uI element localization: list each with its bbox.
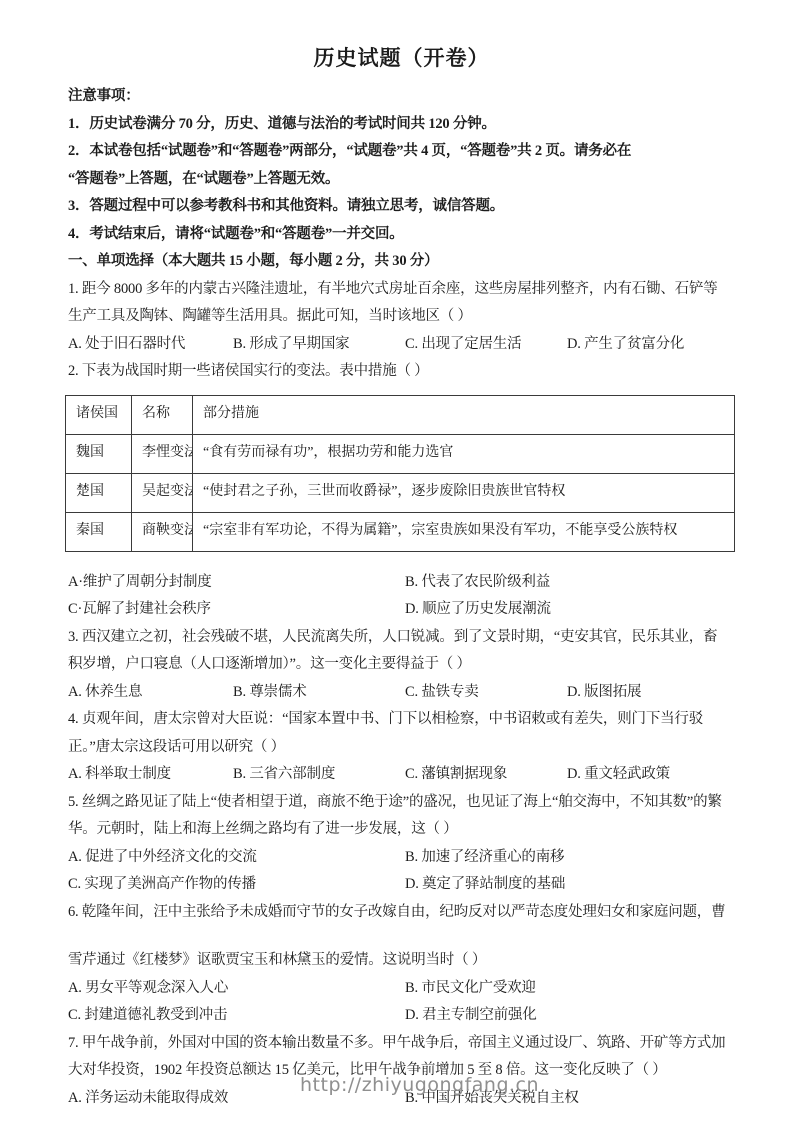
table-row: 楚国 吴起变法 “使封君之子孙，三世而收爵禄”，逐步废除旧贵族世官特权 bbox=[66, 473, 735, 512]
question-5-line-2: 华。元朝时，陆上和海上丝绸之路均有了进一步发展，这（ ） bbox=[68, 816, 735, 844]
option-c: C. 实现了美洲高产作物的传播 bbox=[68, 871, 405, 899]
question-4-line-1: 4. 贞观年间，唐太宗曾对大臣说：“国家本置中书、门下以相检察，中书诏敕或有差失… bbox=[68, 706, 735, 734]
cell-state: 秦国 bbox=[66, 512, 132, 551]
notice-item-2: 2．本试卷包括“试题卷”和“答题卷”两部分，“试题卷”共 4 页，“答题卷”共 … bbox=[68, 138, 735, 166]
notice-item-3: 3．答题过程中可以参考教科书和其他资料。请独立思考，诚信答题。 bbox=[68, 193, 735, 221]
option-d: D. 重文轻武政策 bbox=[567, 761, 670, 789]
question-6-line-1: 6. 乾隆年间，汪中主张给予未成婚而守节的女子改嫁自由，纪昀反对以严苛态度处理妇… bbox=[68, 899, 735, 927]
option-b: B. 市民文化广受欢迎 bbox=[405, 980, 536, 996]
option-c: C. 封建道德礼教受到冲击 bbox=[68, 1002, 405, 1030]
cell-name: 李悝变法 bbox=[132, 434, 193, 473]
reforms-table: 诸侯国 名称 部分措施 魏国 李悝变法 “食有劳而禄有功”，根据功劳和能力选官 … bbox=[65, 395, 735, 552]
option-c: C. 出现了定居生活 bbox=[405, 331, 567, 359]
question-1-line-1: 1. 距今 8000 多年的内蒙古兴隆洼遗址，有半地穴式房址百余座，这些房屋排列… bbox=[68, 276, 735, 304]
cell-measures: “使封君之子孙，三世而收爵禄”，逐步废除旧贵族世官特权 bbox=[193, 473, 735, 512]
exam-content: 历史试题（开卷） 注意事项： 1．历史试卷满分 70 分，历史、道德与法治的考试… bbox=[68, 44, 735, 1112]
option-d: D. 版图拓展 bbox=[567, 679, 641, 707]
notice-item-4: 4．考试结束后，请将“试题卷”和“答题卷”一并交回。 bbox=[68, 221, 735, 249]
cell-measures: “宗室非有军功论，不得为属籍”，宗室贵族如果没有军功，不能享受公族特权 bbox=[193, 512, 735, 551]
header-name: 名称 bbox=[132, 395, 193, 434]
cell-name: 吴起变法 bbox=[132, 473, 193, 512]
option-d: D. 产生了贫富分化 bbox=[567, 331, 684, 359]
question-6-options-ab: A. 男女平等观念深入人心B. 市民文化广受欢迎 bbox=[68, 975, 735, 1003]
notice-heading: 注意事项： bbox=[68, 83, 735, 111]
option-b: B. 形成了早期国家 bbox=[233, 331, 405, 359]
option-c: C. 藩镇割据现象 bbox=[405, 761, 567, 789]
option-c: C·瓦解了封建社会秩序 bbox=[68, 596, 405, 624]
option-a: A. 男女平等观念深入人心 bbox=[68, 975, 405, 1003]
table-header-row: 诸侯国 名称 部分措施 bbox=[66, 395, 735, 434]
option-a: A. 休养生息 bbox=[68, 679, 233, 707]
question-6-line-2: 雪芹通过《红楼梦》讴歌贾宝玉和林黛玉的爱情。这说明当时（ ） bbox=[68, 947, 735, 975]
header-state: 诸侯国 bbox=[66, 395, 132, 434]
notice-item-1: 1．历史试卷满分 70 分，历史、道德与法治的考试时间共 120 分钟。 bbox=[68, 111, 735, 139]
option-b: B. 三省六部制度 bbox=[233, 761, 405, 789]
option-d: D. 顺应了历史发展潮流 bbox=[405, 601, 551, 617]
question-7-line-1: 7. 甲午战争前，外国对中国的资本输出数量不多。甲午战争后，帝国主义通过设厂、筑… bbox=[68, 1030, 735, 1058]
question-3-line-2: 积岁增，户口寝息（人口逐渐增加）”。这一变化主要得益于（ ） bbox=[68, 651, 735, 679]
question-2-options-cd: C·瓦解了封建社会秩序D. 顺应了历史发展潮流 bbox=[68, 596, 735, 624]
question-6-options-cd: C. 封建道德礼教受到冲击D. 君主专制空前强化 bbox=[68, 1002, 735, 1030]
cell-name: 商鞅变法 bbox=[132, 512, 193, 551]
cell-state: 魏国 bbox=[66, 434, 132, 473]
exam-paper-page: 历史试题（开卷） 注意事项： 1．历史试卷满分 70 分，历史、道德与法治的考试… bbox=[0, 0, 795, 1125]
question-3-options: A. 休养生息B. 尊崇儒术C. 盐铁专卖D. 版图拓展 bbox=[68, 679, 735, 707]
option-b: B. 尊崇儒术 bbox=[233, 679, 405, 707]
watermark-url: http://zhiyugongfang.cn bbox=[300, 1074, 539, 1096]
notice-item-2-cont: “答题卷”上答题，在“试题卷”上答题无效。 bbox=[68, 166, 735, 194]
option-a: A·维护了周朝分封制度 bbox=[68, 569, 405, 597]
option-b: B. 代表了农民阶级利益 bbox=[405, 574, 550, 590]
cell-state: 楚国 bbox=[66, 473, 132, 512]
question-3-line-1: 3. 西汉建立之初，社会残破不堪，人民流离失所，人口锐减。到了文景时期，“吏安其… bbox=[68, 624, 735, 652]
option-a: A. 促进了中外经济文化的交流 bbox=[68, 844, 405, 872]
option-b: B. 加速了经济重心的南移 bbox=[405, 849, 564, 865]
question-5-options-ab: A. 促进了中外经济文化的交流B. 加速了经济重心的南移 bbox=[68, 844, 735, 872]
table-row: 魏国 李悝变法 “食有劳而禄有功”，根据功劳和能力选官 bbox=[66, 434, 735, 473]
header-measures: 部分措施 bbox=[193, 395, 735, 434]
question-2-options-ab: A·维护了周朝分封制度B. 代表了农民阶级利益 bbox=[68, 569, 735, 597]
option-a: A. 处于旧石器时代 bbox=[68, 331, 233, 359]
question-5-options-cd: C. 实现了美洲高产作物的传播D. 奠定了驿站制度的基础 bbox=[68, 871, 735, 899]
question-1-line-2: 生产工具及陶钵、陶罐等生活用具。据此可知，当时该地区（ ） bbox=[68, 303, 735, 331]
option-a: A. 科举取士制度 bbox=[68, 761, 233, 789]
question-2-line-1: 2. 下表为战国时期一些诸侯国实行的变法。表中措施（ ） bbox=[68, 358, 735, 386]
question-4-options: A. 科举取士制度B. 三省六部制度C. 藩镇割据现象D. 重文轻武政策 bbox=[68, 761, 735, 789]
section-heading: 一、单项选择（本大题共 15 小题，每小题 2 分，共 30 分） bbox=[68, 248, 735, 276]
option-c: C. 盐铁专卖 bbox=[405, 679, 567, 707]
paragraph-gap bbox=[68, 926, 735, 947]
question-4-line-2: 正。”唐太宗这段话可用以研究（ ） bbox=[68, 734, 735, 762]
table-row: 秦国 商鞅变法 “宗室非有军功论，不得为属籍”，宗室贵族如果没有军功，不能享受公… bbox=[66, 512, 735, 551]
option-d: D. 君主专制空前强化 bbox=[405, 1007, 537, 1023]
option-d: D. 奠定了驿站制度的基础 bbox=[405, 876, 565, 892]
page-title: 历史试题（开卷） bbox=[68, 44, 735, 72]
cell-measures: “食有劳而禄有功”，根据功劳和能力选官 bbox=[193, 434, 735, 473]
question-5-line-1: 5. 丝绸之路见证了陆上“使者相望于道，商旅不绝于途”的盛况，也见证了海上“舶交… bbox=[68, 789, 735, 817]
question-1-options: A. 处于旧石器时代B. 形成了早期国家C. 出现了定居生活D. 产生了贫富分化 bbox=[68, 331, 735, 359]
